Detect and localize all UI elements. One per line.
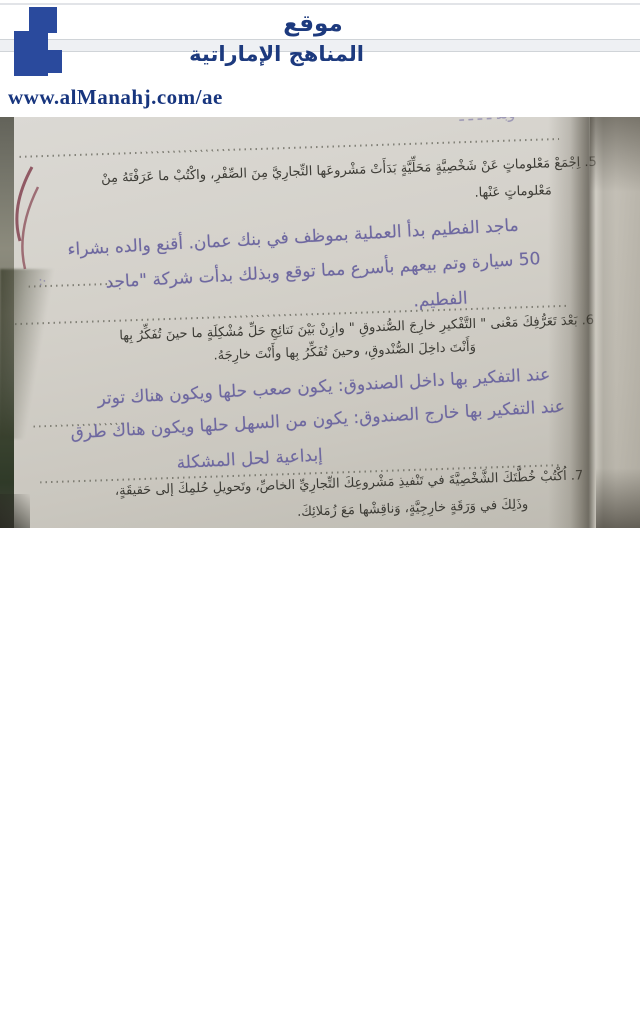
question-5-text-line-2: مَعْلوماتٍ عَنْها. <box>474 183 552 201</box>
worksheet-photo: وبد ـ ـ ـ ـ 5. اِجْمَعْ مَعْلوماتٍ عَنْ … <box>0 117 640 528</box>
page-root: { "header": { "site_name_line1": "موقع",… <box>0 0 640 1024</box>
question-5-text-line-1: 5. اِجْمَعْ مَعْلوماتٍ عَنْ شَخْصِيَّةٍ … <box>101 155 597 186</box>
site-logo <box>13 6 65 77</box>
answer-5-line-2: 50 سيارة وتم بيعهم بأسرع مما توقع وبذلك … <box>105 249 541 293</box>
site-title: موقع المناهج الإماراتية <box>150 12 364 67</box>
site-title-line1: موقع <box>150 12 364 36</box>
logo-square-small <box>48 50 62 73</box>
question-6-text-line-2: وَأَنْتَ داخِلَ الصُّنْدوقِ، وحينَ تُفَك… <box>213 340 476 364</box>
logo-square-main <box>14 31 48 76</box>
site-header: موقع المناهج الإماراتية www.alManahj.com… <box>0 0 640 117</box>
question-7-text-line-2: وذَلِكَ في وَرَقَةٍ خارِجِيَّةٍ، وَناقِش… <box>297 497 529 520</box>
answer-6-line-3: إبداعية لحل المشكلة <box>176 445 323 473</box>
site-url: www.alManahj.com/ae <box>8 85 223 110</box>
worksheet-content: وبد ـ ـ ـ ـ 5. اِجْمَعْ مَعْلوماتٍ عَنْ … <box>0 117 640 528</box>
site-title-line2: المناهج الإماراتية <box>150 42 364 67</box>
header-top-divider <box>0 3 640 5</box>
handwritten-partial-note: وبد ـ ـ ـ ـ <box>459 117 516 125</box>
dotted-line <box>19 138 559 158</box>
empty-page-area <box>0 528 640 1024</box>
logo-square-top <box>29 7 57 33</box>
